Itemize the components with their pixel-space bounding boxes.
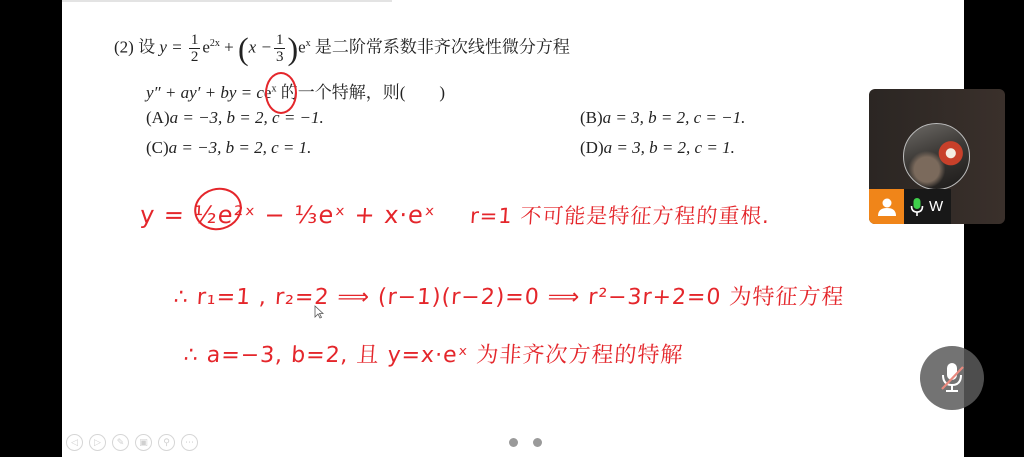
zoom-icon[interactable]: ⚲ [158, 434, 175, 451]
x-minus: x − [249, 37, 272, 56]
ode-equation: y″ + ay′ + by = c [146, 83, 264, 102]
option-d: (D)a = 3, b = 2, c = 1. [580, 138, 735, 158]
participant-initial: W [929, 198, 943, 215]
fraction-half: 12 [189, 32, 201, 65]
option-c: (C)a = −3, b = 2, c = 1. [146, 138, 311, 158]
mic-on-icon [910, 197, 924, 217]
person-icon[interactable] [869, 189, 904, 224]
save-icon[interactable]: ▣ [135, 434, 152, 451]
exponent: 2x [210, 38, 220, 49]
page-indicator [509, 438, 542, 447]
mic-muted-icon [937, 361, 967, 395]
handwriting-line-2: ∴ r₁=1 , r₂=2 ⟹ (r−1)(r−2)=0 ⟹ r²−3r+2=0… [173, 280, 846, 311]
question-line-1: (2) 设 y = 12e2x + (x −13)ex 是二阶常系数非齐次线性微… [114, 32, 570, 65]
next-icon[interactable]: ▷ [89, 434, 106, 451]
participant-mic-status: W [904, 189, 951, 224]
question-number: (2) [114, 37, 134, 56]
mouse-cursor-icon [314, 305, 324, 319]
fraction-third: 13 [274, 32, 286, 65]
pen-icon[interactable]: ✎ [112, 434, 129, 451]
page-edge [62, 0, 392, 2]
mute-toggle-button[interactable] [920, 346, 984, 410]
participant-avatar [903, 123, 970, 190]
participant-bar: W [869, 189, 1005, 224]
more-icon[interactable]: ⋯ [181, 434, 198, 451]
slide-toolbar: ◁ ▷ ✎ ▣ ⚲ ⋯ [66, 434, 198, 451]
question-desc-2: 的一个特解，则( ) [281, 83, 445, 102]
question-desc: 是二阶常系数非齐次线性微分方程 [315, 37, 570, 56]
y-equals: y = [159, 37, 182, 56]
page-dot[interactable] [509, 438, 518, 447]
prev-icon[interactable]: ◁ [66, 434, 83, 451]
option-b: (B)a = 3, b = 2, c = −1. [580, 108, 745, 128]
handwriting-note: r=1 不可能是特征方程的重根. [469, 204, 771, 228]
plus: + [224, 37, 234, 56]
participant-video-tile[interactable]: W [869, 89, 1005, 224]
document-page: (2) 设 y = 12e2x + (x −13)ex 是二阶常系数非齐次线性微… [62, 0, 964, 457]
handwriting-line-3: ∴ a=−3, b=2, 且 y=x·eˣ 为非齐次方程的特解 [183, 338, 685, 369]
page-dot[interactable] [533, 438, 542, 447]
question-intro: 设 [138, 37, 155, 56]
option-a: (A)a = −3, b = 2, c = −1. [146, 108, 324, 128]
exponent: x [306, 38, 311, 49]
